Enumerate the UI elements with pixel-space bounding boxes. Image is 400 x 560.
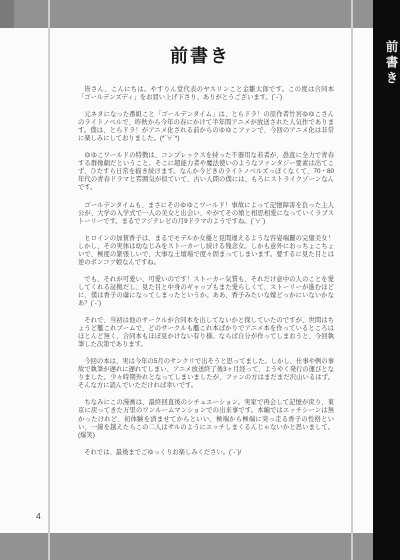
paragraph: 今回の本は、実は今年の5月のサンクリで出そうと思ってました。しかし、仕事や例の事… xyxy=(78,358,334,390)
page-title: 前書き xyxy=(49,42,351,68)
paragraph: 皆さん、こんにちは。やすりん堂代表のヤスリンこと金雛太郎です。この度は合同本「ゴ… xyxy=(78,86,334,102)
scan-band-bottom xyxy=(0,533,373,560)
chapter-tab-strip: 前書き xyxy=(373,0,400,560)
scanned-page: 前書き 前書き 皆さん、こんにちは。やすりん堂代表のヤスリンこと金雛太郎です。こ… xyxy=(0,0,400,560)
paragraph: ヒロインの加賀香子は、まるでモデルか女優と見間違えるような容姿端麗の完璧美女！し… xyxy=(78,235,334,267)
paragraph: ゆゆこワールドの特徴は、コンプレックスを持った不器用な若者が、愚直に全力で青春す… xyxy=(78,152,334,192)
paragraph: それでは、最後までごゆっくりお楽しみください。(´-`)/ xyxy=(78,449,334,457)
content-frame-right-rule xyxy=(351,0,353,560)
chapter-tab-label: 前書き xyxy=(373,40,400,87)
page-number: 4 xyxy=(36,511,41,521)
paragraph: ちなみにこの漫画は、最終回直後のシチュエーション。実家で再会して記憶が戻り、東京… xyxy=(78,399,334,439)
paragraph: 元ネタになった番組こと「ゴールデンタイム」は、とらドラ！の原作者竹宮ゆゆこさんの… xyxy=(78,111,334,143)
preface-body: 皆さん、こんにちは。やすりん堂代表のヤスリンこと金雛太郎です。この度は合同本「ゴ… xyxy=(78,86,334,466)
content-frame-left-rule xyxy=(48,0,50,560)
paragraph: ゴールデンタイムも、まさにそのゆゆこワールド！事故によって記憶障害を負った主人公… xyxy=(78,202,334,226)
scan-corner-shadow xyxy=(0,0,14,28)
scan-band-top xyxy=(0,0,373,28)
paragraph: それで、当初は他のサークルが合同本を出してないかと探していたのですが、世間はちょ… xyxy=(78,317,334,349)
paragraph: でも、それが可愛い、可愛いのです！ストーカー気質も、それだけ意中の人のことを愛し… xyxy=(78,276,334,308)
